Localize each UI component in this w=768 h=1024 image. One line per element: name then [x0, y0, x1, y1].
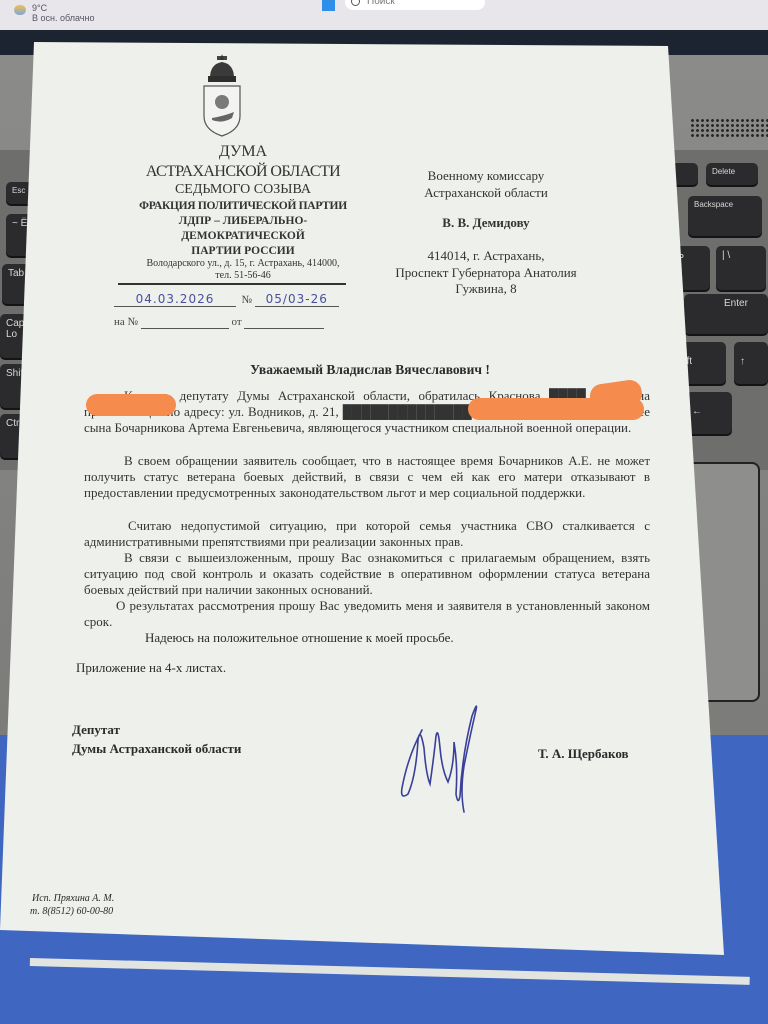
- speaker-grille: [690, 118, 768, 138]
- attachment-note: Приложение на 4-х листах.: [76, 660, 226, 676]
- key-arrow-up[interactable]: ↑: [734, 342, 768, 384]
- key-backspace[interactable]: Backspace: [688, 196, 762, 236]
- letterhead-faction: ФРАКЦИЯ ПОЛИТИЧЕСКОЙ ПАРТИИ: [100, 200, 386, 212]
- weather-text: В осн. облачно: [32, 13, 94, 23]
- addressee-address-3: Гужвина, 8: [370, 281, 602, 297]
- reference-date-label: от: [232, 316, 242, 328]
- registration-number: 05/03-26: [255, 292, 339, 307]
- letterhead-address: Володарского ул., д. 15, г. Астрахань, 4…: [100, 258, 386, 269]
- signer-name: Т. А. Щербаков: [538, 746, 629, 762]
- letterhead-divider: [118, 283, 346, 285]
- paper-stack-edge: [30, 958, 750, 985]
- signer-role-2: Думы Астраханской области: [72, 741, 241, 757]
- registration-date: 04.03.2026: [114, 292, 236, 307]
- paragraph-4: В связи с вышеизложенным, прошу Вас озна…: [84, 550, 650, 599]
- paragraph-3: Считаю недопустимой ситуацию, при которо…: [84, 518, 650, 550]
- weather-temp: 9°C: [32, 3, 94, 13]
- handwritten-signature: [392, 696, 492, 814]
- executor-name: Исп. Пряхина А. М.: [32, 893, 114, 904]
- letter-page: ДУМА АСТРАХАНСКОЙ ОБЛАСТИ СЕДЬМОГО СОЗЫВ…: [0, 0, 768, 1024]
- monitor-taskbar: 9°C В осн. облачно Поиск: [0, 0, 768, 33]
- registration-line: 04.03.2026 № 05/03-26: [114, 292, 354, 307]
- redaction-mark: [86, 394, 176, 416]
- registration-number-label: №: [242, 294, 253, 306]
- key-arrow-left[interactable]: ←: [686, 392, 732, 434]
- addressee-name: В. В. Демидову: [370, 215, 602, 231]
- letterhead-phone: тел. 51-56-46: [100, 270, 386, 281]
- executor-phone: т. 8(8512) 60-00-80: [30, 906, 113, 917]
- letterhead-region: АСТРАХАНСКОЙ ОБЛАСТИ: [100, 163, 386, 181]
- key-backslash[interactable]: | \: [716, 246, 766, 290]
- reference-line: на № от: [114, 316, 354, 329]
- key-delete[interactable]: Delete: [706, 163, 758, 185]
- letterhead-party-2: ДЕМОКРАТИЧЕСКОЙ: [100, 230, 386, 242]
- astrakhan-coat-of-arms-icon: [200, 54, 244, 138]
- letterhead-party-1: ЛДПР – ЛИБЕРАЛЬНО-: [100, 215, 386, 227]
- letterhead-party-3: ПАРТИИ РОССИИ: [100, 245, 386, 257]
- key-enter[interactable]: Enter: [684, 294, 768, 334]
- search-icon: [351, 0, 360, 6]
- addressee-address-1: 414014, г. Астрахань,: [370, 248, 602, 264]
- weather-cloud-icon: [14, 5, 26, 15]
- letterhead-convocation: СЕДЬМОГО СОЗЫВА: [100, 182, 386, 198]
- reference-number-label: на №: [114, 316, 138, 328]
- windows-start-icon[interactable]: [322, 0, 335, 11]
- paragraph-2: В своем обращении заявитель сообщает, чт…: [84, 453, 650, 502]
- addressee-address-2: Проспект Губернатора Анатолия: [370, 265, 602, 281]
- letterhead-duma: ДУМА: [100, 143, 386, 161]
- weather-widget[interactable]: 9°C В осн. облачно: [14, 3, 94, 23]
- redaction-mark: [468, 398, 644, 420]
- paragraph-5: О результатах рассмотрения прошу Вас уве…: [84, 598, 650, 630]
- addressee-position: Военному комиссару: [370, 168, 602, 184]
- signer-role-1: Депутат: [72, 722, 120, 738]
- search-placeholder: Поиск: [367, 0, 395, 7]
- salutation: Уважаемый Владислав Вячеславович !: [70, 362, 670, 378]
- addressee-region: Астраханской области: [370, 185, 602, 201]
- taskbar-search[interactable]: Поиск: [345, 0, 485, 10]
- paragraph-6: Надеюсь на положительное отношение к мое…: [145, 630, 454, 646]
